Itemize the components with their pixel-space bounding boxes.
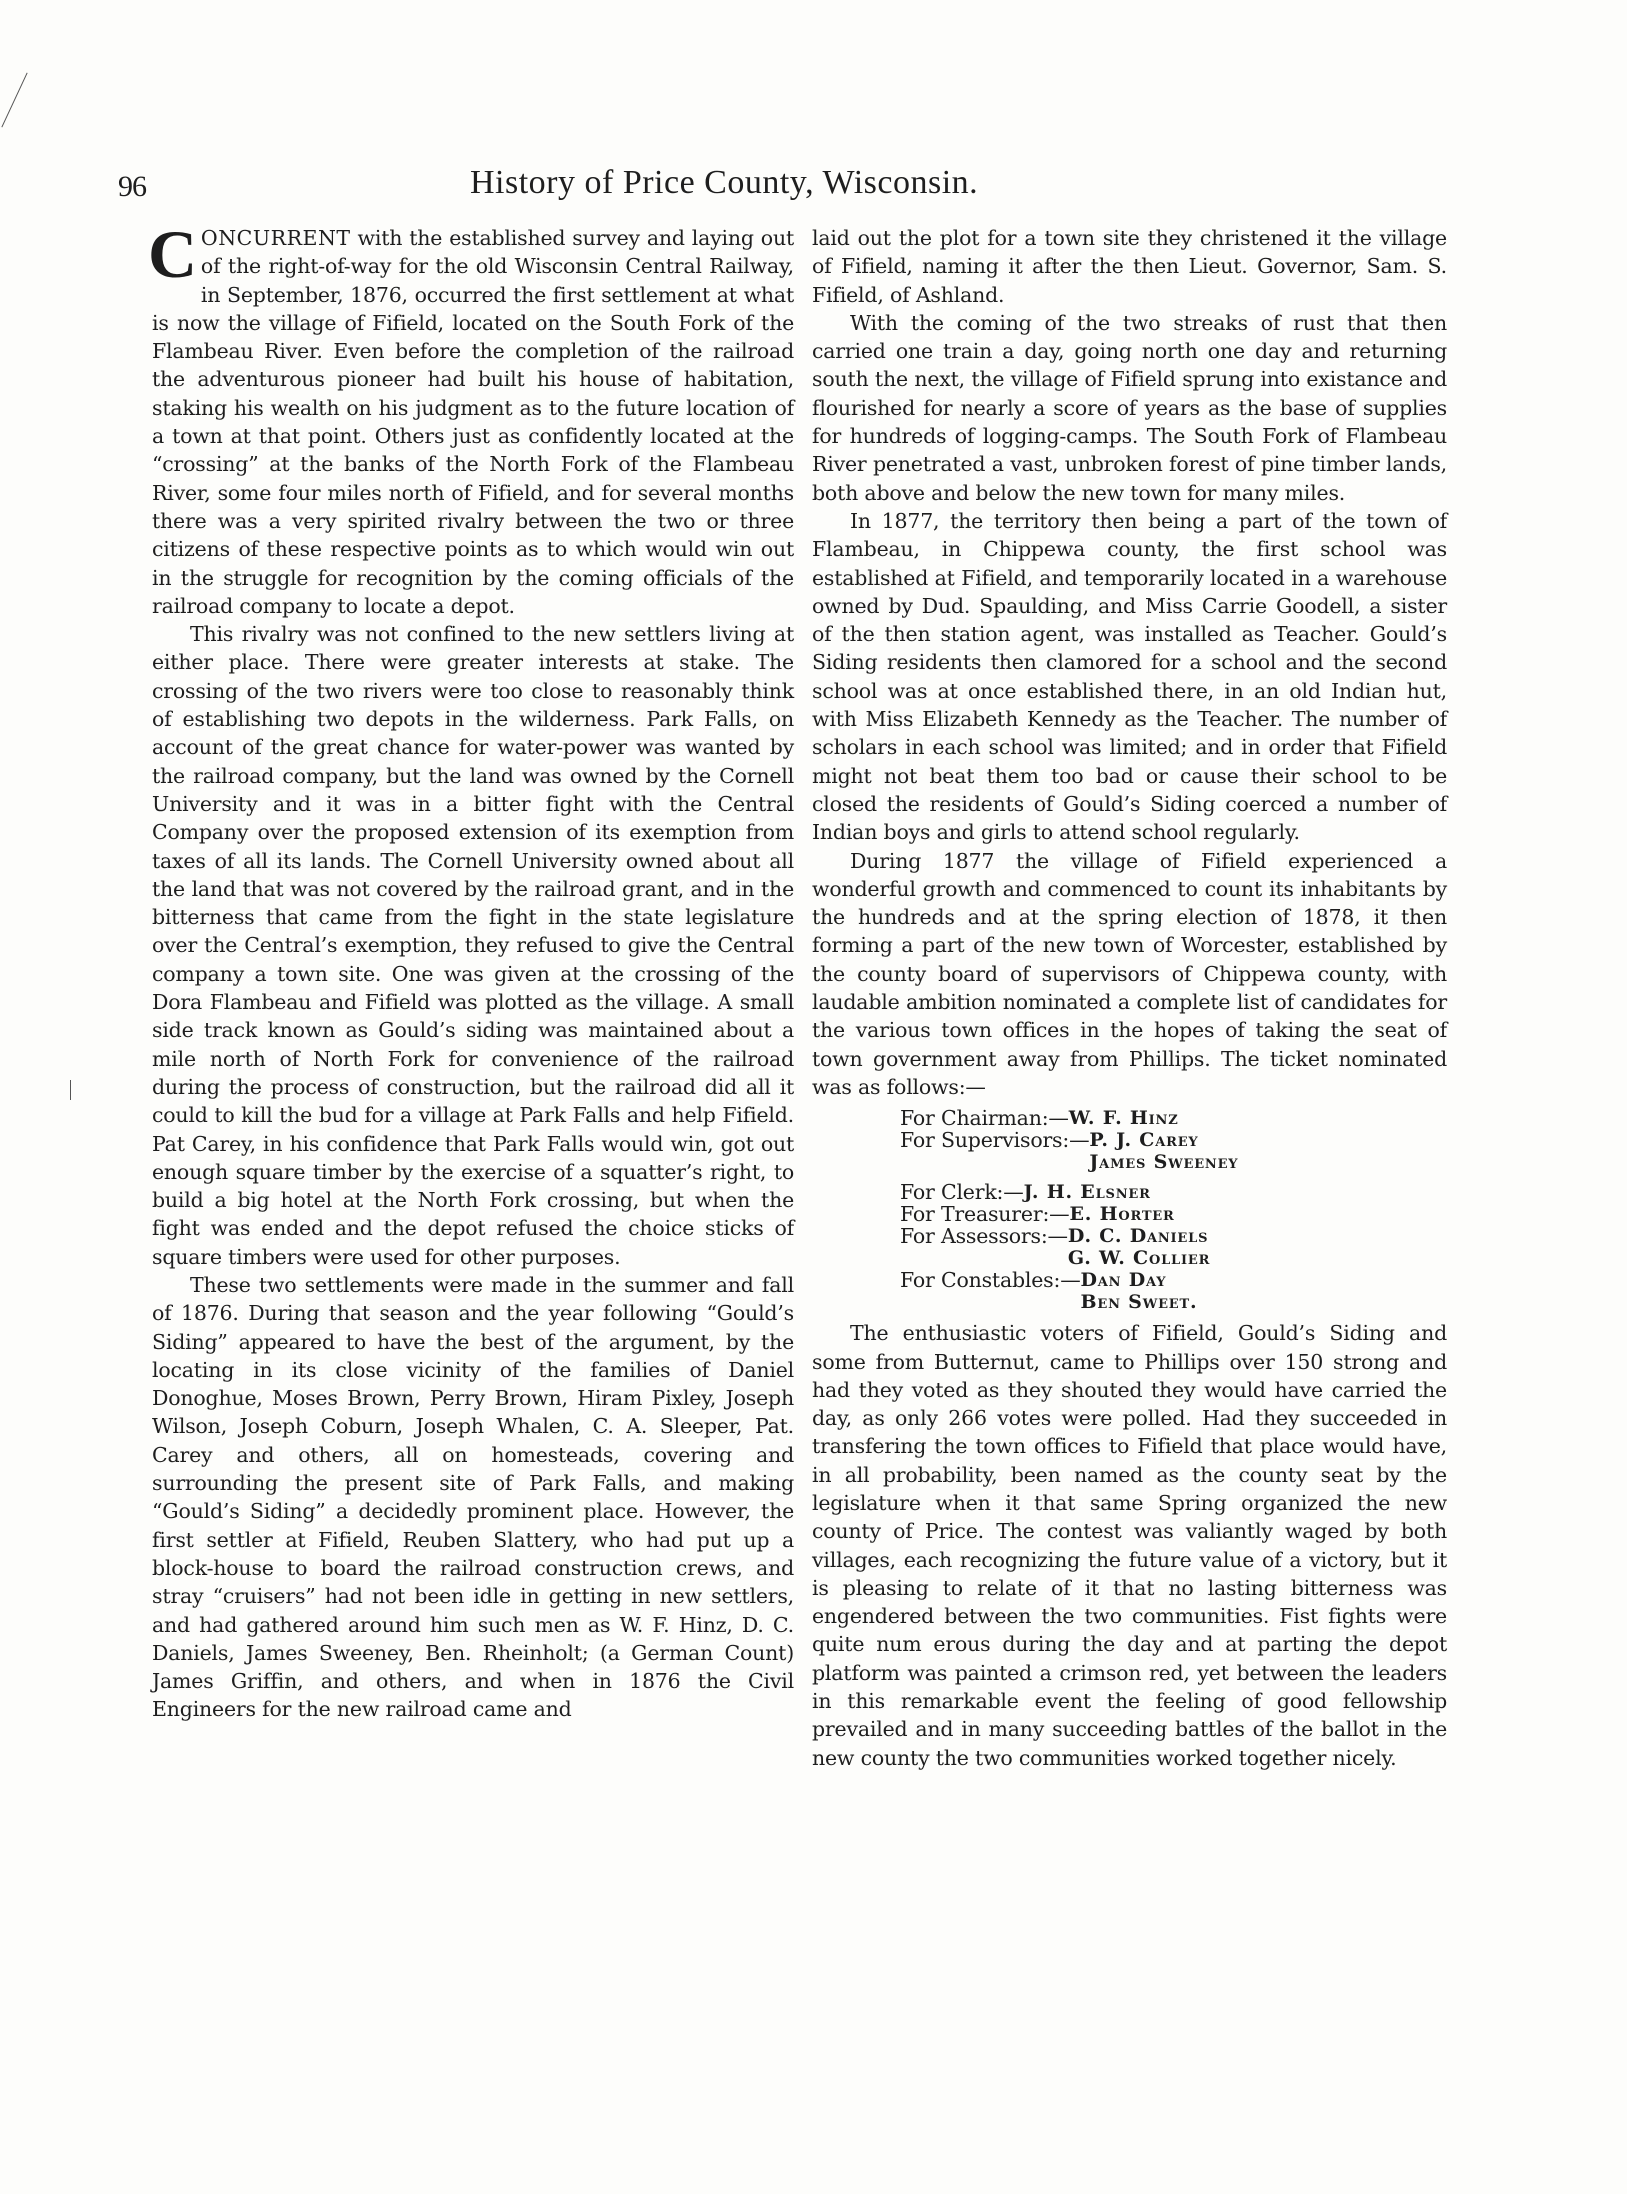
ticket-row-supervisors: For Supervisors:— P. J. Carey James Swee… [900,1129,1447,1173]
ticket-row-assessors: For Assessors:— D. C. Daniels G. W. Coll… [900,1225,1447,1269]
office-label: For Chairman:— [900,1107,1069,1129]
paragraph: These two settlements were made in the s… [152,1271,794,1724]
candidate-name: Dan Day [1081,1269,1198,1291]
right-column: laid out the plot for a town site they c… [812,224,1447,1772]
page-number: 96 [118,170,146,204]
candidate-name: J. H. Elsner [1024,1181,1151,1203]
paragraph-text: with the established survey and laying o… [152,226,794,618]
scan-mark [1,73,27,128]
candidate-name: W. F. Hinz [1069,1107,1179,1129]
candidate-name: James Sweeney [1089,1151,1238,1173]
office-label: For Assessors:— [900,1225,1068,1269]
paragraph: The enthusiastic voters of Fifield, Goul… [812,1319,1447,1772]
scan-mark [70,1080,71,1100]
ticket-row-clerk: For Clerk:— J. H. Elsner [900,1181,1447,1203]
nomination-ticket: For Chairman:— W. F. Hinz For Supervisor… [900,1107,1447,1313]
office-label: For Clerk:— [900,1181,1024,1203]
candidate-name: Ben Sweet. [1081,1291,1198,1313]
running-title: History of Price County, Wisconsin. [470,164,1170,202]
paragraph: In 1877, the territory then being a part… [812,507,1447,847]
candidate-name: G. W. Collier [1068,1247,1210,1269]
ticket-row-chairman: For Chairman:— W. F. Hinz [900,1107,1447,1129]
candidate-name: D. C. Daniels [1068,1225,1210,1247]
candidate-name: P. J. Carey [1089,1129,1238,1151]
ticket-row-constables: For Constables:— Dan Day Ben Sweet. [900,1269,1447,1313]
office-label: For Treasurer:— [900,1203,1069,1225]
candidate-name: E. Horter [1069,1203,1174,1225]
office-label: For Supervisors:— [900,1129,1089,1173]
paragraph: During 1877 the village of Fifield exper… [812,847,1447,1102]
office-label: For Constables:— [900,1269,1081,1313]
paragraph: With the coming of the two streaks of ru… [812,309,1447,507]
ticket-row-treasurer: For Treasurer:— E. Horter [900,1203,1447,1225]
paragraph: laid out the plot for a town site they c… [812,224,1447,309]
lead-word: ONCURRENT [201,226,351,250]
paragraph: This rivalry was not confined to the new… [152,620,794,1271]
opening-paragraph: CONCURRENT with the established survey a… [152,224,794,620]
drop-cap: C [148,226,197,282]
left-column: CONCURRENT with the established survey a… [152,224,794,1724]
